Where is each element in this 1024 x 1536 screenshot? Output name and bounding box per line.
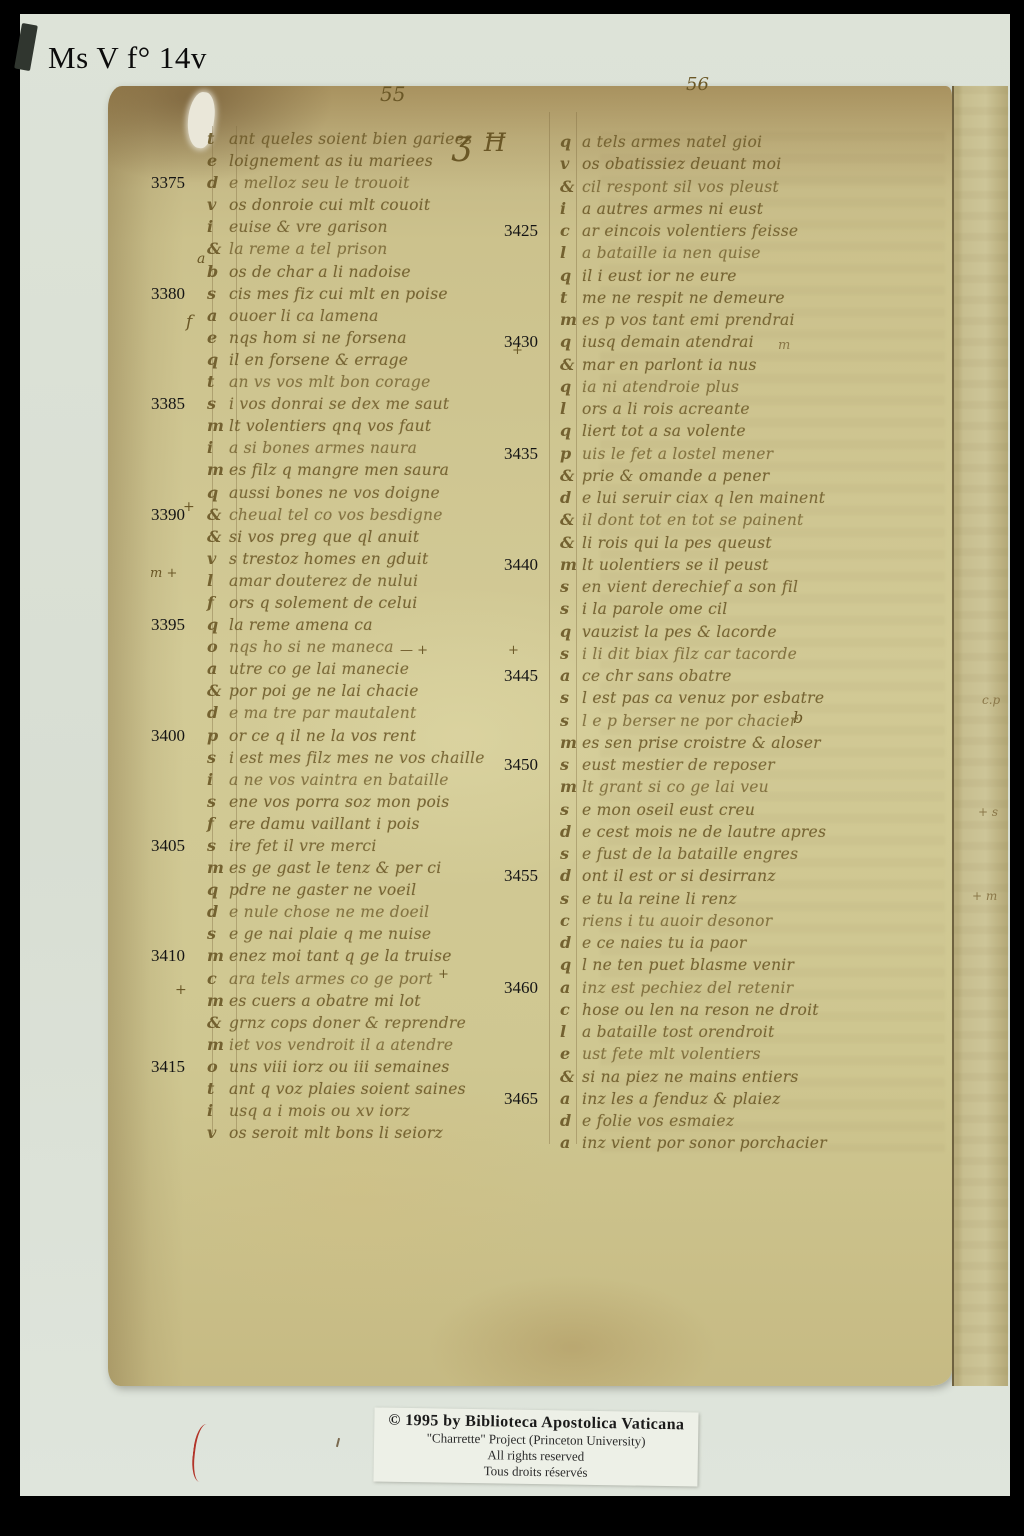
verse-text: i la parole ome cil xyxy=(582,600,918,618)
verse-initial: & xyxy=(560,466,582,485)
verse-line: mes ge gast le tenz & per ci xyxy=(145,858,545,880)
verse-text: prie & omande a pener xyxy=(582,467,918,485)
marginal-mark: — + xyxy=(400,644,428,657)
verse-line: fors q solement de celui xyxy=(145,593,545,615)
verse-line: sl e p berser ne por chacier xyxy=(498,711,918,733)
verse-text: cil respont sil vos pleust xyxy=(582,178,918,196)
line-number-label: 3430 xyxy=(498,332,560,352)
verse-text: eust mestier de reposer xyxy=(582,756,918,774)
verse-line: &si vos preg que ql anuit xyxy=(145,527,545,549)
verse-initial: p xyxy=(560,444,582,463)
verse-text: il dont tot en tot se painent xyxy=(582,511,918,529)
verse-line: vs trestoz homes en gduit xyxy=(145,549,545,571)
verse-line: qpdre ne gaster ne voeil xyxy=(145,880,545,902)
marginal-mark: + xyxy=(175,983,187,997)
verse-text: i li dit biax filz car tacorde xyxy=(582,645,918,663)
shelfmark-label: Ms V f° 14v xyxy=(48,40,207,76)
verse-initial: v xyxy=(207,1123,229,1142)
verse-line: de ma tre par mautalent xyxy=(145,703,545,725)
line-number-label: 3435 xyxy=(498,444,560,464)
verse-initial: l xyxy=(560,399,582,418)
verse-line: de nule chose ne me doeil xyxy=(145,902,545,924)
verse-initial: & xyxy=(207,239,229,258)
verse-initial: o xyxy=(207,1057,229,1076)
verse-initial: i xyxy=(207,217,229,236)
verse-initial: f xyxy=(207,593,229,612)
line-number-label: 3455 xyxy=(498,866,560,886)
verse-initial: q xyxy=(207,483,229,502)
verse-line: 3445ace chr sans obatre xyxy=(498,666,918,688)
verse-initial: m xyxy=(207,1035,229,1054)
verse-line: &por poi ge ne lai chacie xyxy=(145,681,545,703)
verse-line: 3390&cheual tel co vos besdigne xyxy=(145,505,545,527)
marginal-mark: m xyxy=(778,339,790,352)
line-number-label: 3465 xyxy=(498,1089,560,1109)
verse-initial: d xyxy=(560,822,582,841)
verse-line: 3395qla reme amena ca xyxy=(145,615,545,637)
verse-initial: q xyxy=(207,615,229,634)
verse-text: ce chr sans obatre xyxy=(582,667,918,685)
verse-line: mlt grant si co ge lai veu xyxy=(498,777,918,799)
verse-text: es p vos tant emi prendrai xyxy=(582,311,918,329)
verse-line: de cest mois ne de lautre apres xyxy=(498,822,918,844)
verse-initial: & xyxy=(207,1013,229,1032)
verse-line: vos seroit mlt bons li seiorz xyxy=(145,1123,545,1145)
verse-initial: q xyxy=(560,132,582,151)
verse-initial: d xyxy=(560,866,582,885)
verse-line: &grnz cops doner & reprendre xyxy=(145,1013,545,1035)
verse-text: a bataille ia nen quise xyxy=(582,244,918,262)
verse-line: 3415ouns viii iorz ou iii semaines xyxy=(145,1057,545,1079)
verse-line: si est mes filz mes ne vos chaille xyxy=(145,748,545,770)
verse-line: 3455dont il est or si desirranz xyxy=(498,866,918,888)
verse-text: l e p berser ne por chacier xyxy=(582,712,918,730)
verse-initial: s xyxy=(560,889,582,908)
verse-initial: q xyxy=(560,622,582,641)
verse-line: qaussi bones ne vos doigne xyxy=(145,483,545,505)
verse-line: sen vient derechief a son fil xyxy=(498,577,918,599)
verse-initial: e xyxy=(207,328,229,347)
line-number-label: 3385 xyxy=(145,394,207,414)
marginal-mark: + s xyxy=(978,806,998,818)
verse-text: e ce naies tu ia paor xyxy=(582,934,918,952)
verse-line: qia ni atendroie plus xyxy=(498,377,918,399)
verse-text: es sen prise croistre & aloser xyxy=(582,734,918,752)
verse-initial: m xyxy=(560,555,582,574)
marginal-mark: + xyxy=(508,644,519,657)
verse-line: &si na piez ne mains entiers xyxy=(498,1067,918,1089)
verse-initial: d xyxy=(207,902,229,921)
verse-line: la bataille ia nen quise xyxy=(498,243,918,265)
verse-line: &mar en parlont ia nus xyxy=(498,355,918,377)
verse-initial: b xyxy=(207,262,229,281)
verse-line: qa tels armes natel gioi xyxy=(498,132,918,154)
verse-initial: q xyxy=(560,421,582,440)
facing-page-bleedthrough xyxy=(952,86,1008,1386)
line-number-label: 3390 xyxy=(145,505,207,525)
verse-text: li rois qui la pes queust xyxy=(582,534,918,552)
line-number-label: 3450 xyxy=(498,755,560,775)
verse-initial: s xyxy=(207,284,229,303)
marginal-mark: + xyxy=(438,968,449,981)
verse-initial: s xyxy=(560,577,582,596)
verse-text: e fust de la bataille engres xyxy=(582,845,918,863)
verse-initial: s xyxy=(560,711,582,730)
verse-text: lt uolentiers se il peust xyxy=(582,556,918,574)
line-number-label: 3415 xyxy=(145,1057,207,1077)
text-column-right: qa tels armes natel gioivos obatissiez d… xyxy=(498,132,918,1156)
line-number-label: 3460 xyxy=(498,978,560,998)
verse-line: 3425car eincois volentiers feisse xyxy=(498,221,918,243)
verse-line: ia autres armes ni eust xyxy=(498,199,918,221)
verse-text: a autres armes ni eust xyxy=(582,200,918,218)
verse-text: a tels armes natel gioi xyxy=(582,133,918,151)
marginal-mark: c.p xyxy=(982,694,1000,706)
verse-initial: i xyxy=(207,438,229,457)
verse-line: miet vos vendroit il a atendre xyxy=(145,1035,545,1057)
verse-initial: l xyxy=(560,243,582,262)
verse-line: de lui seruir ciax q len mainent xyxy=(498,488,918,510)
verse-line: sene vos porra soz mon pois xyxy=(145,792,545,814)
verse-line: &cil respont sil vos pleust xyxy=(498,177,918,199)
marginal-mark: m + xyxy=(150,567,177,580)
verse-text: ar eincois volentiers feisse xyxy=(582,222,918,240)
verse-initial: m xyxy=(207,416,229,435)
verse-text: me ne respit ne demeure xyxy=(582,289,918,307)
verse-line: tant q voz plaies soient saines xyxy=(145,1079,545,1101)
verse-line: mlt volentiers qnq vos faut xyxy=(145,416,545,438)
verse-initial: q xyxy=(560,266,582,285)
verse-initial: m xyxy=(560,310,582,329)
marginal-mark: a xyxy=(197,252,205,266)
verse-initial: m xyxy=(560,777,582,796)
verse-initial: & xyxy=(560,510,582,529)
verse-initial: m xyxy=(207,991,229,1010)
verse-initial: q xyxy=(560,377,582,396)
verse-initial: s xyxy=(207,792,229,811)
verse-line: onqs ho si ne maneca xyxy=(145,637,545,659)
line-number-label: 3405 xyxy=(145,836,207,856)
verse-line: se fust de la bataille engres xyxy=(498,844,918,866)
verse-initial: t xyxy=(207,372,229,391)
verse-line: vos donroie cui mlt couoit xyxy=(145,195,545,217)
verse-line: lors a li rois acreante xyxy=(498,399,918,421)
verse-line: se tu la reine li renz xyxy=(498,889,918,911)
marginal-mark: + xyxy=(512,344,523,357)
verse-line: la bataille tost orendroit xyxy=(498,1022,918,1044)
line-number-label: 3380 xyxy=(145,284,207,304)
verse-line: 3450seust mestier de reposer xyxy=(498,755,918,777)
verse-initial: c xyxy=(207,969,229,988)
verse-text: ust fete mlt volentiers xyxy=(582,1045,918,1063)
verse-initial: & xyxy=(207,681,229,700)
facing-page-edge xyxy=(952,86,1008,1386)
verse-text: riens i tu auoir desonor xyxy=(582,912,918,930)
verse-text: en vient derechief a son fil xyxy=(582,578,918,596)
verse-text: ors a li rois acreante xyxy=(582,400,918,418)
verse-line: fere damu vaillant i pois xyxy=(145,814,545,836)
verse-text: ont il est or si desirranz xyxy=(582,867,918,885)
verse-text: e mon oseil eust creu xyxy=(582,801,918,819)
line-number-label: 3445 xyxy=(498,666,560,686)
line-number-label: 3440 xyxy=(498,555,560,575)
verse-text: a bataille tost orendroit xyxy=(582,1023,918,1041)
marginal-mark: + xyxy=(183,500,195,514)
verse-initial: i xyxy=(560,199,582,218)
verse-initial: t xyxy=(207,129,229,148)
verse-line: tan vs vos mlt bon corage xyxy=(145,372,545,394)
verse-initial: d xyxy=(560,933,582,952)
verse-initial: s xyxy=(560,644,582,663)
verse-line: qliert tot a sa volente xyxy=(498,421,918,443)
verse-line: sl est pas ca venuz por esbatre xyxy=(498,688,918,710)
verse-initial: s xyxy=(207,836,229,855)
line-number-label: 3410 xyxy=(145,946,207,966)
verse-initial: l xyxy=(560,1022,582,1041)
verse-line: qvauzist la pes & lacorde xyxy=(498,622,918,644)
verse-initial: s xyxy=(207,924,229,943)
verse-text: vauzist la pes & lacorde xyxy=(582,623,918,641)
verse-initial: a xyxy=(207,659,229,678)
verse-line: chose ou len na reson ne droit xyxy=(498,1000,918,1022)
verse-line: &li rois qui la pes queust xyxy=(498,533,918,555)
verse-line: de folie vos esmaiez xyxy=(498,1111,918,1133)
verse-initial: v xyxy=(207,195,229,214)
verse-initial: d xyxy=(207,703,229,722)
verse-line: se mon oseil eust creu xyxy=(498,800,918,822)
verse-initial: t xyxy=(207,1079,229,1098)
verse-initial: i xyxy=(207,770,229,789)
verse-line: si la parole ome cil xyxy=(498,599,918,621)
verse-line: 3400por ce q il ne la vos rent xyxy=(145,726,545,748)
line-number-label: 3375 xyxy=(145,173,207,193)
verse-initial: s xyxy=(560,844,582,863)
verse-line: qil en forsene & errage xyxy=(145,350,545,372)
verse-initial: d xyxy=(560,488,582,507)
line-number-label: 3400 xyxy=(145,726,207,746)
verse-initial: s xyxy=(207,748,229,767)
verse-text: inz est pechiez del retenir xyxy=(582,979,918,997)
verse-line: de ce naies tu ia paor xyxy=(498,933,918,955)
verse-line: autre co ge lai manecie xyxy=(145,659,545,681)
marginal-mark: Ħ xyxy=(484,130,506,155)
verse-line: cara tels armes co ge port xyxy=(145,969,545,991)
verse-line: lamar douterez de nului xyxy=(145,571,545,593)
verse-text: inz vient por sonor porchacier xyxy=(582,1134,918,1152)
verse-initial: m xyxy=(560,733,582,752)
verse-line: iusq a i mois ou xv iorz xyxy=(145,1101,545,1123)
verse-line: criens i tu auoir desonor xyxy=(498,911,918,933)
verse-line: mes filz q mangre men saura xyxy=(145,460,545,482)
text-column-left: tant queles soient bien garieeseloigneme… xyxy=(145,129,545,1145)
verse-initial: a xyxy=(207,306,229,325)
verse-text: l ne ten puet blasme venir xyxy=(582,956,918,974)
verse-text: e tu la reine li renz xyxy=(582,890,918,908)
verse-initial: a xyxy=(560,1133,582,1152)
verse-initial: m xyxy=(207,460,229,479)
verse-text: e folie vos esmaiez xyxy=(582,1112,918,1130)
verse-line: 3440mlt uolentiers se il peust xyxy=(498,555,918,577)
verse-initial: s xyxy=(560,688,582,707)
verse-line: qil i eust ior ne eure xyxy=(498,266,918,288)
verse-initial: s xyxy=(207,394,229,413)
verse-line: mes cuers a obatre mi lot xyxy=(145,991,545,1013)
verse-line: 3460ainz est pechiez del retenir xyxy=(498,978,918,1000)
verse-initial: d xyxy=(207,173,229,192)
verse-text: e cest mois ne de lautre apres xyxy=(582,823,918,841)
marginal-mark: + m xyxy=(972,890,997,902)
verse-text: lt grant si co ge lai veu xyxy=(582,778,918,796)
verse-initial: e xyxy=(560,1044,582,1063)
verse-initial: & xyxy=(560,177,582,196)
verse-line: tme ne respit ne demeure xyxy=(498,288,918,310)
photo-frame: Ms V f° 14v 55 56 tant queles soient bie… xyxy=(0,0,1024,1536)
verse-initial: o xyxy=(207,637,229,656)
verse-line: ainz vient por sonor porchacier xyxy=(498,1133,918,1155)
verse-initial: & xyxy=(560,533,582,552)
verse-initial: c xyxy=(560,1000,582,1019)
verse-text: il i eust ior ne eure xyxy=(582,267,918,285)
line-number-label: 3425 xyxy=(498,221,560,241)
verse-initial: a xyxy=(560,978,582,997)
verse-line: mes p vos tant emi prendrai xyxy=(498,310,918,332)
verse-line: eust fete mlt volentiers xyxy=(498,1044,918,1066)
verse-text: os obatissiez deuant moi xyxy=(582,155,918,173)
verse-initial: i xyxy=(207,1101,229,1120)
marginal-mark: b xyxy=(793,710,803,726)
verse-initial: & xyxy=(560,355,582,374)
verse-initial: q xyxy=(560,332,582,351)
verse-line: ql ne ten puet blasme venir xyxy=(498,955,918,977)
folio-number-left: 55 xyxy=(380,82,405,106)
verse-text: liert tot a sa volente xyxy=(582,422,918,440)
verse-line: enqs hom si ne forsena xyxy=(145,328,545,350)
verse-line: se ge nai plaie q me nuise xyxy=(145,924,545,946)
verse-line: aouoer li ca lamena xyxy=(145,306,545,328)
verse-initial: q xyxy=(560,955,582,974)
verse-initial: & xyxy=(560,1067,582,1086)
verse-line: &prie & omande a pener xyxy=(498,466,918,488)
verse-initial: a xyxy=(560,666,582,685)
verse-text: l est pas ca venuz por esbatre xyxy=(582,689,918,707)
verse-text: hose ou len na reson ne droit xyxy=(582,1001,918,1019)
verse-line: 3405sire fet il vre merci xyxy=(145,836,545,858)
verse-initial: q xyxy=(207,350,229,369)
verse-line: mes sen prise croistre & aloser xyxy=(498,733,918,755)
verse-line: 3430qiusq demain atendrai xyxy=(498,332,918,354)
marginal-mark: f xyxy=(186,314,192,331)
verse-initial: m xyxy=(207,858,229,877)
verse-line: ia si bones armes naura xyxy=(145,438,545,460)
verse-line: 3375de melloz seu le trouoit xyxy=(145,173,545,195)
verse-line: ieuise & vre garison xyxy=(145,217,545,239)
marginal-mark: ʒ xyxy=(452,126,471,160)
verse-line: &il dont tot en tot se painent xyxy=(498,510,918,532)
verse-initial: a xyxy=(560,1089,582,1108)
verse-line: 3380scis mes fiz cui mlt en poise xyxy=(145,284,545,306)
verse-initial: c xyxy=(560,221,582,240)
verse-line: vos obatissiez deuant moi xyxy=(498,154,918,176)
verse-initial: c xyxy=(560,911,582,930)
verse-initial: t xyxy=(560,288,582,307)
verse-initial: v xyxy=(560,154,582,173)
folio-number-right: 56 xyxy=(686,74,709,95)
copyright-stamp: © 1995 by Biblioteca Apostolica Vaticana… xyxy=(373,1407,698,1486)
verse-line: 3410menez moi tant q ge la truise xyxy=(145,946,545,968)
verse-text: e lui seruir ciax q len mainent xyxy=(582,489,918,507)
verse-initial: q xyxy=(207,880,229,899)
verse-line: 3385si vos donrai se dex me saut xyxy=(145,394,545,416)
verse-initial: l xyxy=(207,571,229,590)
verse-text: si na piez ne mains entiers xyxy=(582,1068,918,1086)
verse-text: mar en parlont ia nus xyxy=(582,356,918,374)
verse-initial: & xyxy=(207,527,229,546)
verse-initial: s xyxy=(560,800,582,819)
verse-line: si li dit biax filz car tacorde xyxy=(498,644,918,666)
verse-line: 3435puis le fet a lostel mener xyxy=(498,444,918,466)
verse-initial: s xyxy=(560,755,582,774)
verse-initial: e xyxy=(207,151,229,170)
verse-initial: p xyxy=(207,726,229,745)
verse-text: ia ni atendroie plus xyxy=(582,378,918,396)
verse-text: uis le fet a lostel mener xyxy=(582,445,918,463)
verse-initial: v xyxy=(207,549,229,568)
verse-initial: d xyxy=(560,1111,582,1130)
verse-initial: & xyxy=(207,505,229,524)
verse-text: iusq demain atendrai xyxy=(582,333,918,351)
line-number-label: 3395 xyxy=(145,615,207,635)
verse-initial: f xyxy=(207,814,229,833)
verse-initial: m xyxy=(207,946,229,965)
verse-line: ia ne vos vaintra en bataille xyxy=(145,770,545,792)
verse-text: inz les a fenduz & plaiez xyxy=(582,1090,918,1108)
verse-initial: s xyxy=(560,599,582,618)
verse-line: 3465ainz les a fenduz & plaiez xyxy=(498,1089,918,1111)
